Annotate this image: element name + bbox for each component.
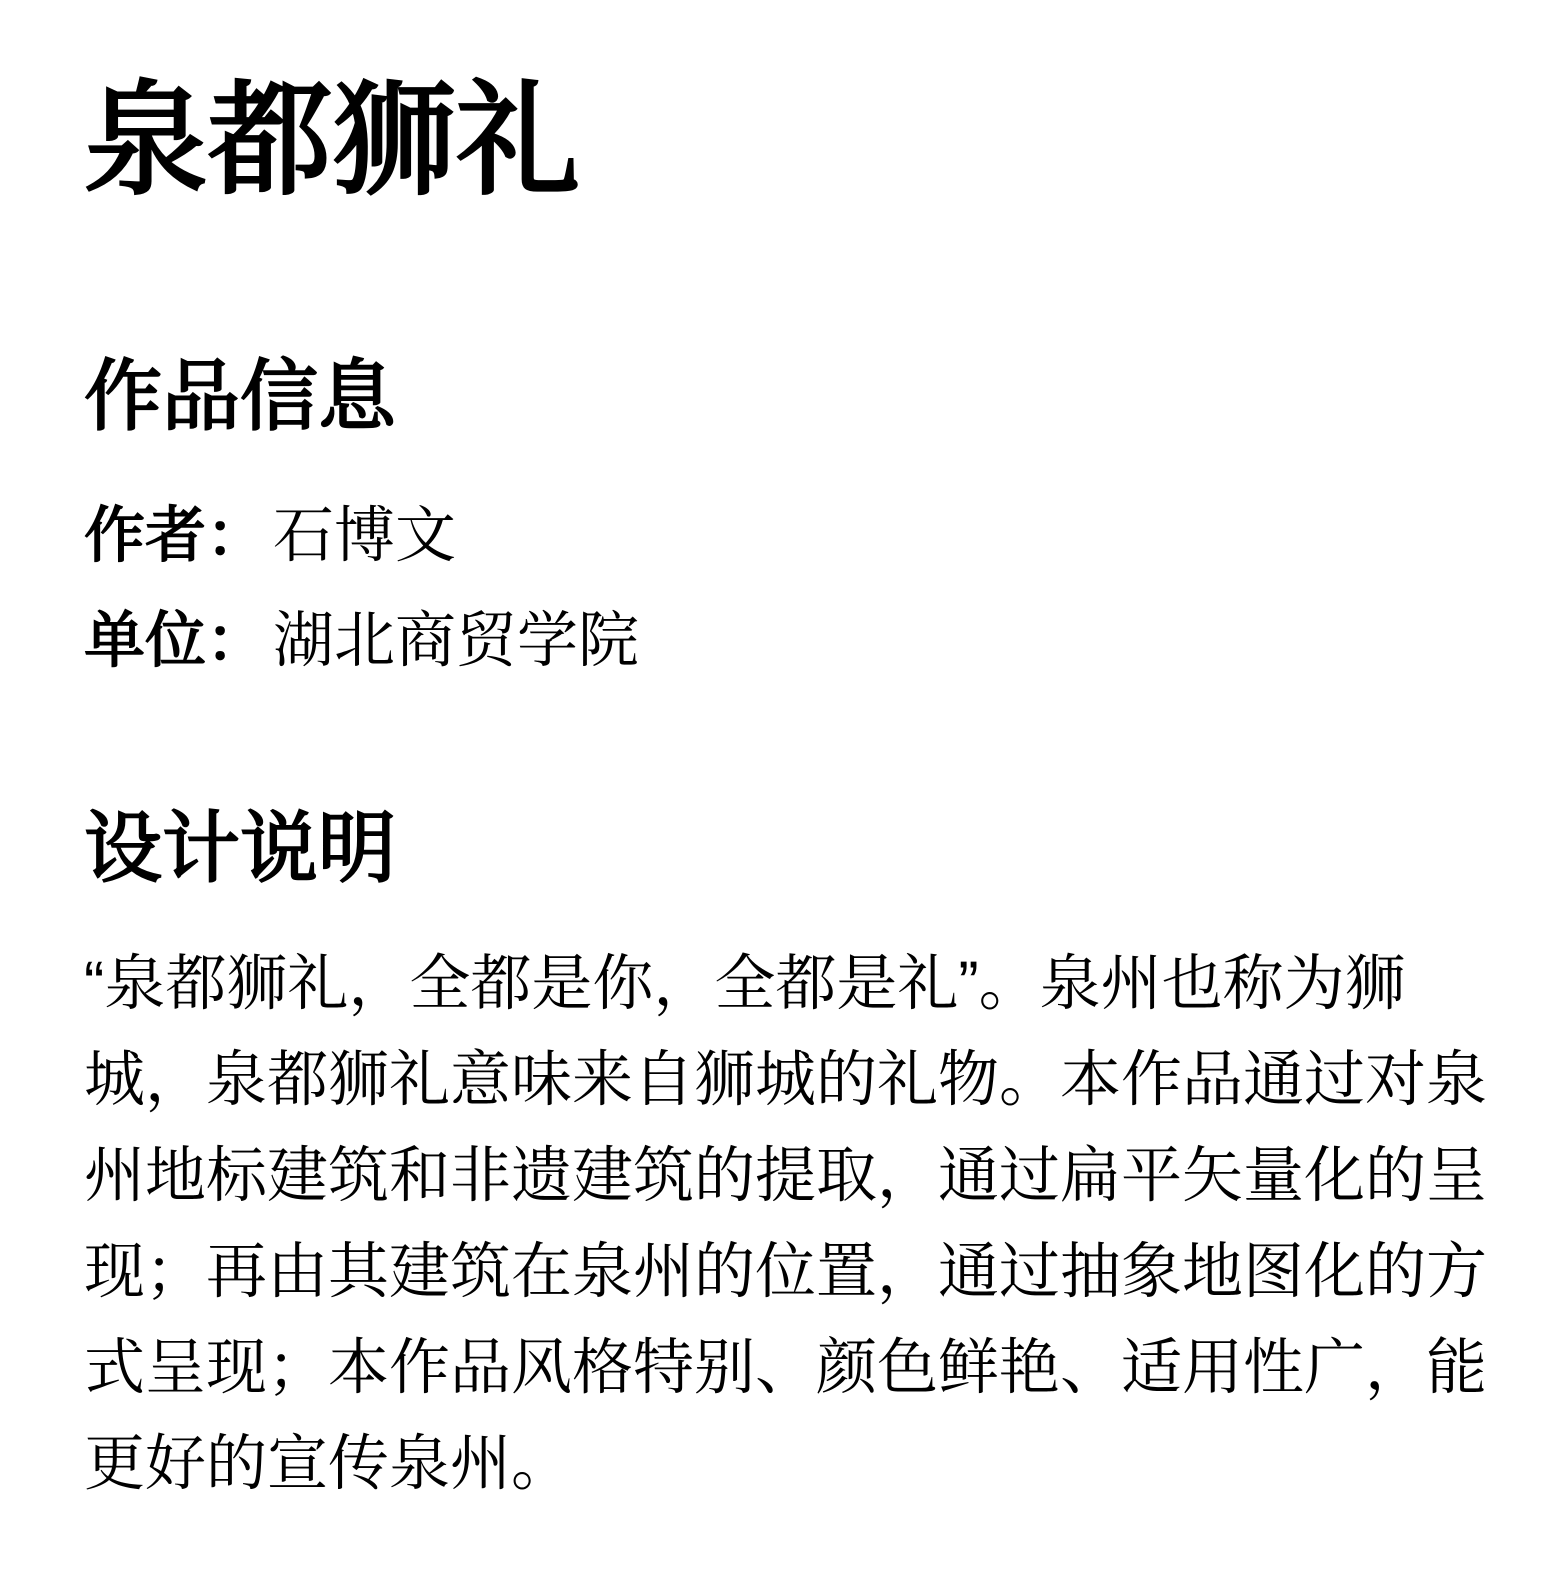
section-heading-work-info: 作品信息 <box>84 354 396 440</box>
author-field: 作者：石博文 <box>84 500 456 570</box>
document-page: 泉都狮礼 作品信息 作者：石博文 单位：湖北商贸学院 设计说明 “泉都狮礼，全都… <box>0 0 1564 1586</box>
unit-field: 单位：湖北商贸学院 <box>84 605 639 675</box>
page-title: 泉都狮礼 <box>84 76 580 206</box>
unit-value: 湖北商贸学院 <box>273 606 639 674</box>
design-description-paragraph: “泉都狮礼，全都是你，全都是礼”。泉州也称为狮城，泉都狮礼意味来自狮城的礼物。本… <box>84 935 1496 1511</box>
unit-label: 单位： <box>84 606 267 674</box>
section-heading-design-notes: 设计说明 <box>84 806 396 892</box>
author-label: 作者： <box>84 501 267 569</box>
author-value: 石博文 <box>273 501 456 569</box>
